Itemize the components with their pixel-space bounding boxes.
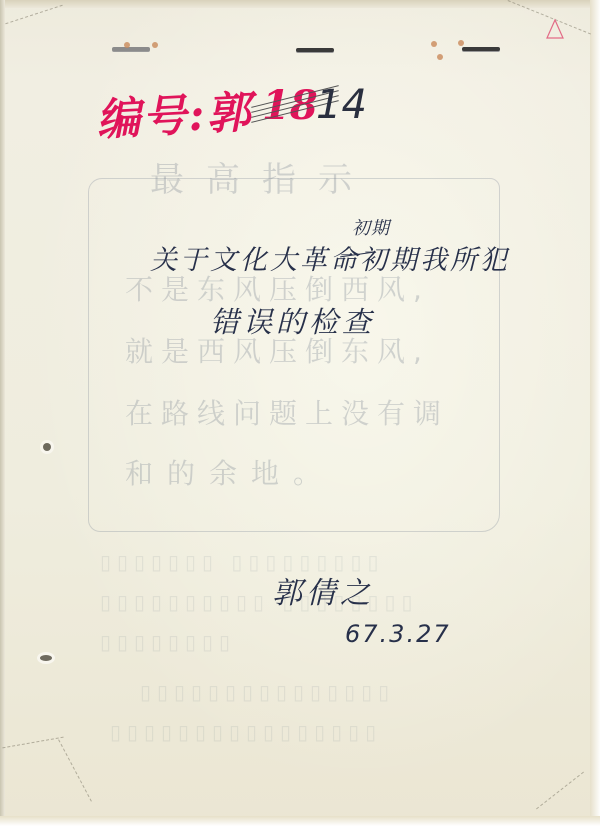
paper-left-edge <box>0 0 5 826</box>
triangle-mark-icon <box>545 18 565 40</box>
bleed-through-text: ▯▯▯▯▯▯▯▯ <box>100 630 236 654</box>
rust-spot <box>458 40 464 46</box>
folded-corner-bottom-left <box>2 737 63 749</box>
quotation-heading: 最高指示 <box>150 152 374 201</box>
signature-name: 郭倩之 <box>272 568 374 612</box>
title-line-1: 关于文化大革命初期我所犯 <box>150 238 510 277</box>
punch-hole-lower <box>40 655 52 661</box>
catalog-number-replacement: 14 <box>316 82 367 128</box>
punch-hole-upper <box>43 443 51 451</box>
rust-spot <box>152 42 158 48</box>
folded-corner-bottom-right <box>536 772 584 810</box>
signature-date: 67.3.27 <box>345 620 451 648</box>
quotation-line: 和的余地。 <box>125 452 335 492</box>
catalog-label: 编号:郭 <box>94 76 253 148</box>
paper-right-edge <box>590 0 600 826</box>
rust-spot <box>431 41 437 47</box>
title-line-2: 错误的检查 <box>210 300 375 341</box>
title-insertion: 初期 <box>352 214 390 240</box>
folded-corner-bottom-left-diag <box>58 739 92 801</box>
document-page: 编号:郭 18 14 最高指示 不是东风压倒西风, 就是西风压倒东风, 在路线问… <box>0 0 600 826</box>
rust-spot <box>437 54 443 60</box>
staple-left <box>112 47 150 51</box>
paper-bottom-edge <box>0 816 600 826</box>
bleed-through-text: ▯▯▯▯▯▯▯▯▯▯▯▯▯▯▯▯ <box>110 720 382 744</box>
staple-center <box>296 48 334 52</box>
rust-spot <box>124 42 130 48</box>
bleed-through-text: ▯▯▯▯▯▯▯▯▯▯▯▯▯▯▯ <box>140 680 395 704</box>
quotation-line: 在路线问题上没有调 <box>125 392 449 432</box>
staple-right <box>462 47 500 51</box>
